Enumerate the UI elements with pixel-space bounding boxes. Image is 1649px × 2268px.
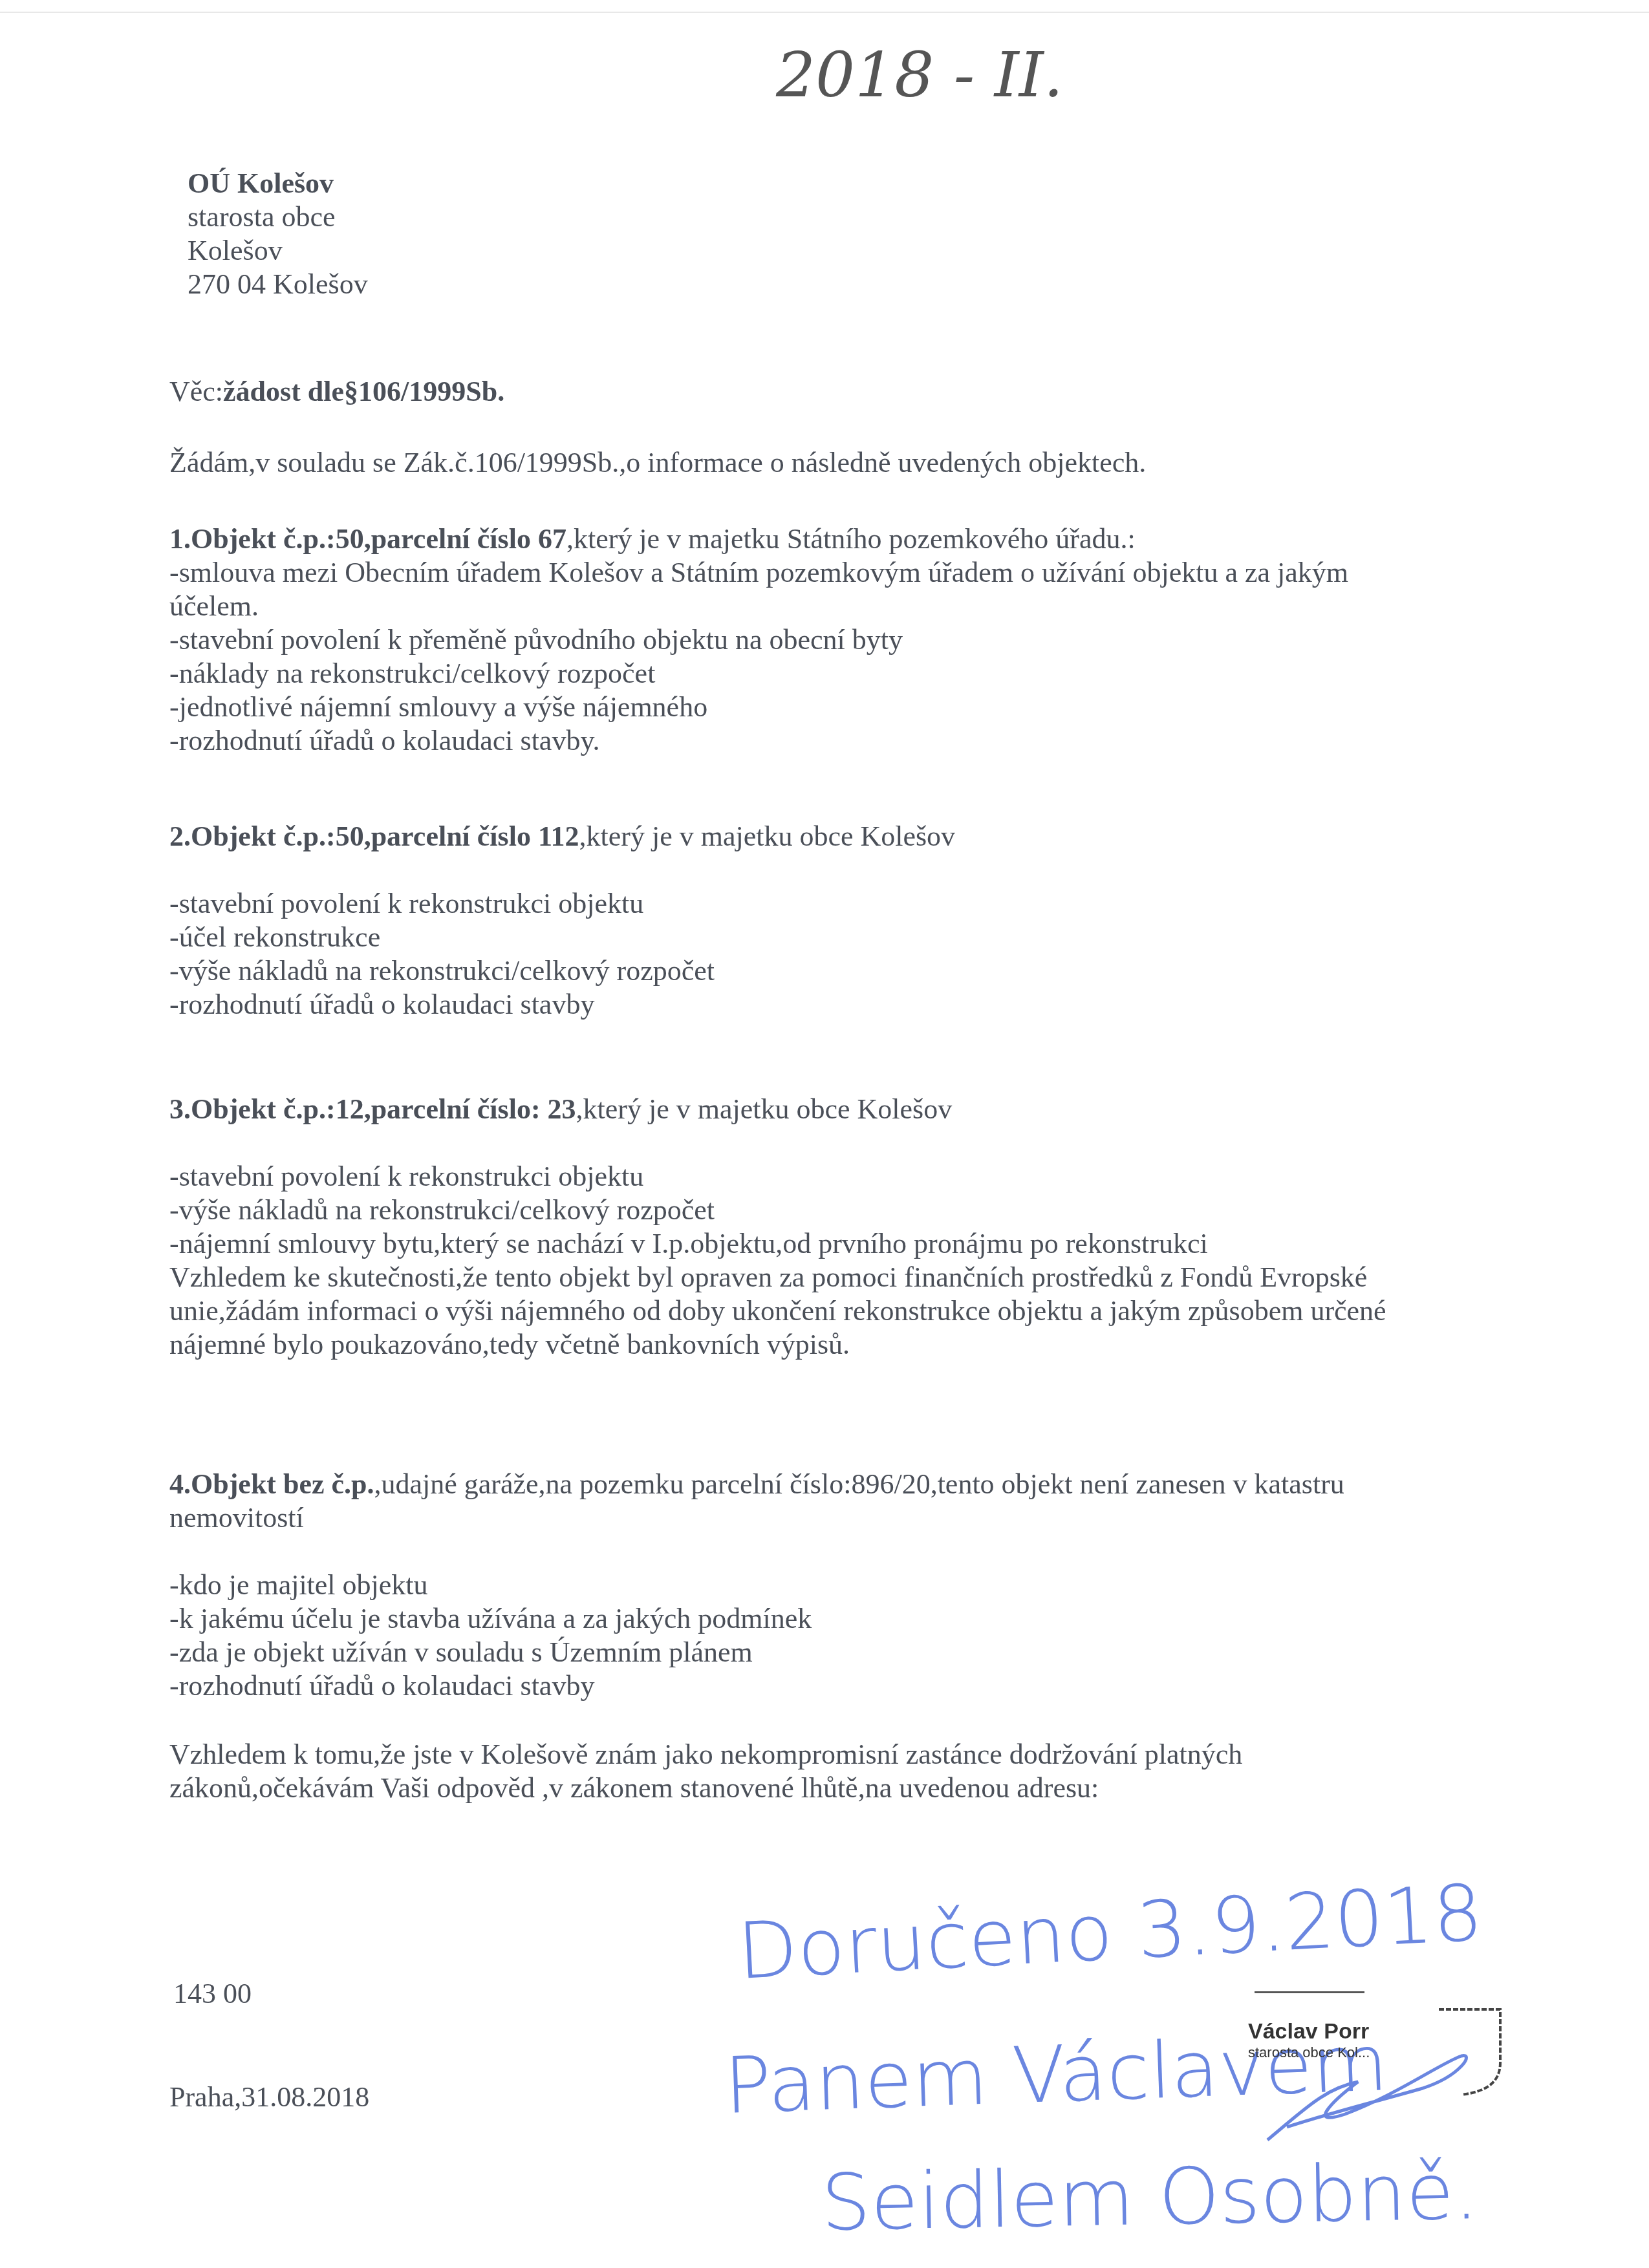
handwritten-delivered-note: Doručeno 3.9.2018	[735, 1868, 1485, 1997]
list-item: -výše nákladů na rekonstrukci/celkový ro…	[169, 954, 955, 988]
subject-prefix: Věc:	[169, 376, 223, 407]
list-item: unie,žádám informaci o výši nájemného od…	[169, 1294, 1386, 1328]
object-section-3: 3.Objekt č.p.:12,parcelní číslo: 23,kter…	[169, 1093, 1386, 1362]
list-item: -zda je objekt užíván v souladu s Územní…	[169, 1636, 1344, 1669]
object-heading: 2.Objekt č.p.:50,parcelní číslo 112,kter…	[169, 820, 955, 853]
recipient-block: OÚ Kolešov starosta obce Kolešov 270 04 …	[188, 167, 368, 301]
object-section-4: 4.Objekt bez č.p.,udajné garáže,na pozem…	[169, 1468, 1344, 1703]
subject-text: žádost dle§106/1999Sb.	[223, 376, 504, 407]
object-heading: 1.Objekt č.p.:50,parcelní číslo 67,který…	[169, 522, 1348, 556]
list-item: Vzhledem ke skutečnosti,že tento objekt …	[169, 1261, 1386, 1294]
recipient-title: starosta obce	[188, 200, 368, 234]
list-item: účelem.	[169, 590, 1348, 623]
object-section-1: 1.Objekt č.p.:50,parcelní číslo 67,který…	[169, 522, 1348, 758]
list-item: -stavební povolení k rekonstrukci objekt…	[169, 887, 955, 921]
object-heading: 3.Objekt č.p.:12,parcelní číslo: 23,kter…	[169, 1093, 1386, 1126]
stamp-bracket	[1436, 2004, 1507, 2101]
list-item: -jednotlivé nájemní smlouvy a výše nájem…	[169, 690, 1348, 724]
reference-mark: 2018 - II.	[776, 39, 1063, 111]
list-item: -rozhodnutí úřadů o kolaudaci stavby	[169, 988, 955, 1022]
stamp-role: starosta obce Kol...	[1248, 2044, 1370, 2061]
list-item: -účel rekonstrukce	[169, 921, 955, 954]
list-item: -nájemní smlouvy bytu,který se nachází v…	[169, 1227, 1386, 1261]
list-item: -kdo je majitel objektu	[169, 1568, 1344, 1602]
list-item: -k jakému účelu je stavba užívána a za j…	[169, 1602, 1344, 1636]
list-item: -stavební povolení k přeměně původního o…	[169, 623, 1348, 657]
list-item: -rozhodnutí úřadů o kolaudaci stavby.	[169, 724, 1348, 758]
scan-edge	[0, 12, 1649, 13]
list-item: -smlouva mezi Obecním úřadem Kolešov a S…	[169, 556, 1348, 590]
list-item: -stavební povolení k rekonstrukci objekt…	[169, 1160, 1386, 1193]
official-stamp: Václav Porr starosta obce Kol...	[1248, 1991, 1370, 2061]
list-item: -rozhodnutí úřadů o kolaudaci stavby	[169, 1669, 1344, 1703]
subject-line: Věc:žádost dle§106/1999Sb.	[169, 375, 504, 409]
list-item: -náklady na rekonstrukci/celkový rozpoče…	[169, 657, 1348, 690]
stamp-line	[1255, 1991, 1364, 1993]
list-item: nájemné bylo poukazováno,tedy včetně ban…	[169, 1328, 1386, 1362]
list-item: -výše nákladů na rekonstrukci/celkový ro…	[169, 1193, 1386, 1227]
object-heading-continuation: nemovitostí	[169, 1501, 1344, 1535]
object-section-2: 2.Objekt č.p.:50,parcelní číslo 112,kter…	[169, 820, 955, 1022]
recipient-address: 270 04 Kolešov	[188, 268, 368, 301]
sender-postcode: 143 00	[173, 1977, 252, 2011]
sender-place-date: Praha,31.08.2018	[169, 2081, 369, 2114]
object-heading: 4.Objekt bez č.p.,udajné garáže,na pozem…	[169, 1468, 1344, 1501]
recipient-town: Kolešov	[188, 234, 368, 268]
recipient-name: OÚ Kolešov	[188, 167, 368, 200]
stamp-name: Václav Porr	[1248, 2019, 1370, 2044]
intro-paragraph: Žádám,v souladu se Zák.č.106/1999Sb.,o i…	[169, 446, 1146, 480]
closing-paragraph: Vzhledem k tomu,že jste v Kolešově znám …	[169, 1738, 1242, 1805]
